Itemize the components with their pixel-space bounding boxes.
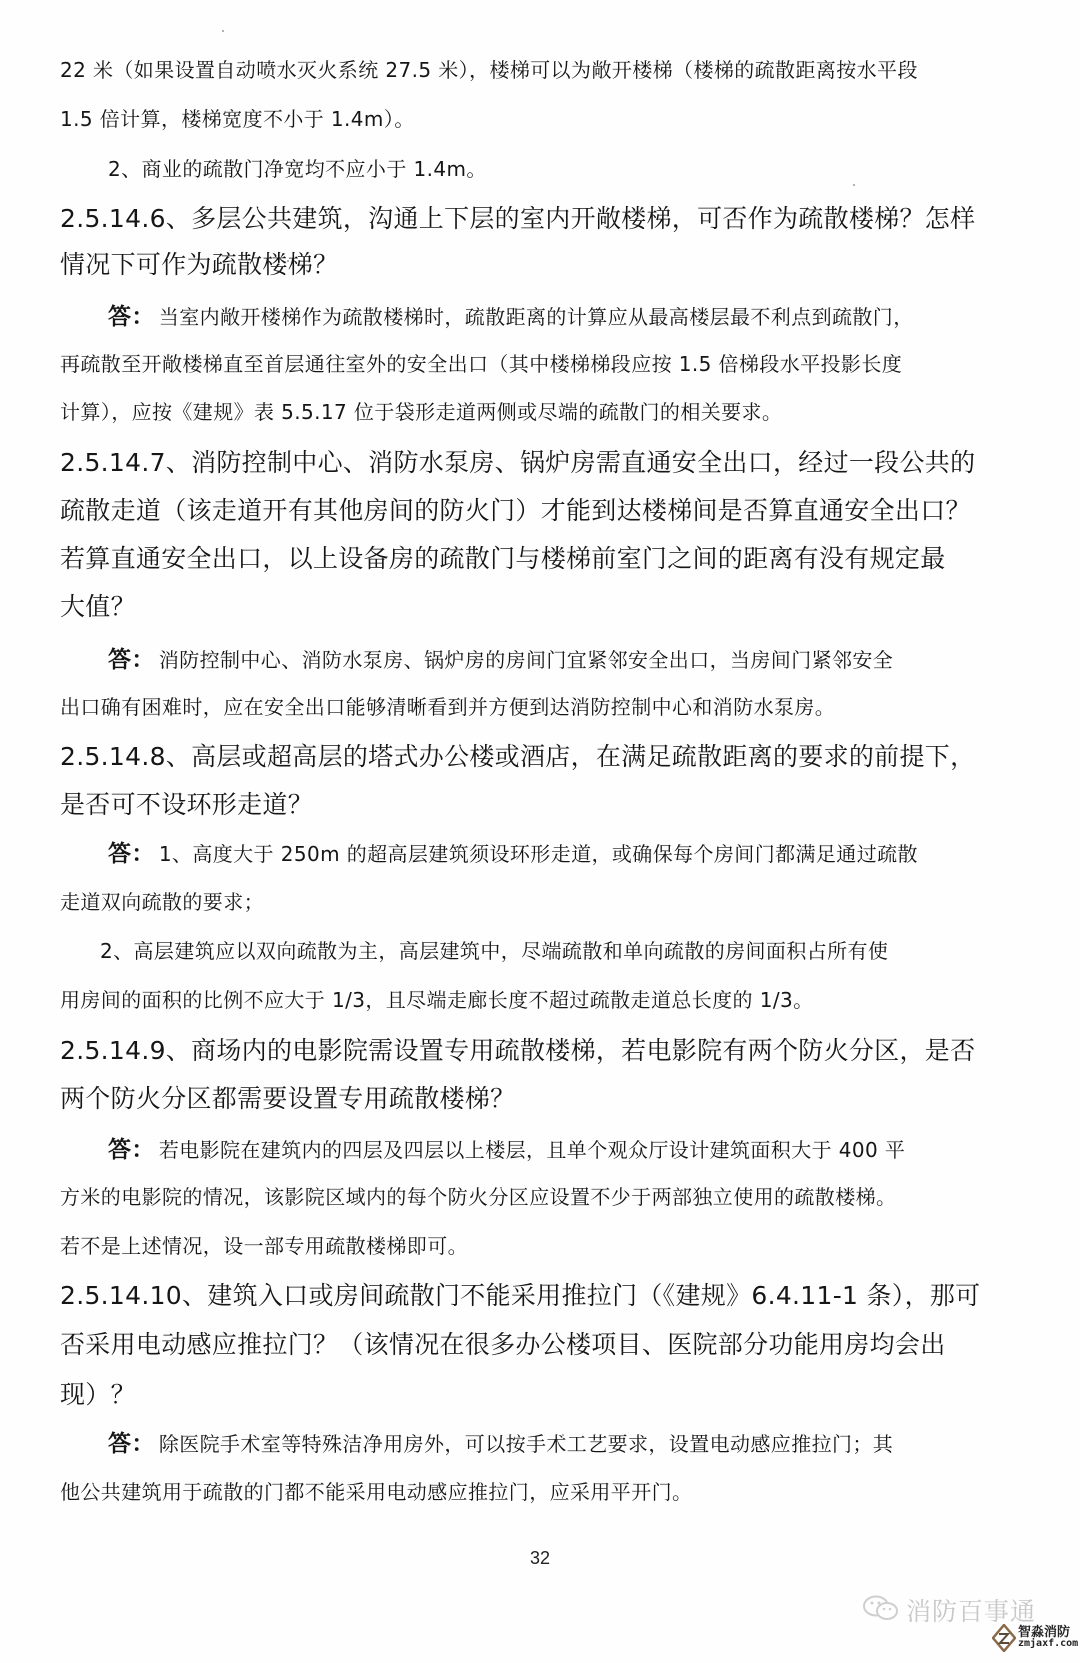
question-line: 大值？ <box>60 587 136 623</box>
line-text: 疏散走道（该走道开有其他房间的防火门）才能到达楼梯间是否算直通安全出口？ <box>60 496 971 525</box>
text-line: 2、高层建筑应以双向疏散为主，高层建筑中，尽端疏散和单向疏散的房间面积占所有使 <box>100 935 888 964</box>
question-line: 是否可不设环形走道？ <box>60 785 313 821</box>
line-text: 除医院手术室等特殊洁净用房外，可以按手术工艺要求，设置电动感应推拉门；其 <box>159 1432 893 1456</box>
line-text: 2.5.14.9、商场内的电影院需设置专用疏散楼梯，若电影院有两个防火分区，是否 <box>60 1036 975 1065</box>
question-line: 否采用电动感应推拉门？（该情况在很多办公楼项目、医院部分功能用房均会出 <box>60 1325 946 1361</box>
text-line: 出口确有困难时，应在安全出口能够清晰看到并方便到达消防控制中心和消防水泵房。 <box>60 691 835 720</box>
answer-label: 答： <box>108 1431 155 1457</box>
document-page: 22 米（如果设置自动喷水灭火系统 27.5 米），楼梯可以为敞开楼梯（楼梯的疏… <box>0 0 1080 1663</box>
scan-speck <box>287 260 289 262</box>
line-text: 若电影院在建筑内的四层及四层以上楼层，且单个观众厅设计建筑面积大于 400 平 <box>159 1138 906 1162</box>
line-text: 22 米（如果设置自动喷水灭火系统 27.5 米），楼梯可以为敞开楼梯（楼梯的疏… <box>60 58 918 82</box>
line-text: 否采用电动感应推拉门？（该情况在很多办公楼项目、医院部分功能用房均会出 <box>60 1330 946 1359</box>
answer-line: 答：当室内敞开楼梯作为疏散楼梯时，疏散距离的计算应从最高楼层最不利点到疏散门， <box>108 298 914 331</box>
question-line: 2.5.14.9、商场内的电影院需设置专用疏散楼梯，若电影院有两个防火分区，是否 <box>60 1031 975 1067</box>
line-text: 2、商业的疏散门净宽均不应小于 1.4m。 <box>108 157 487 181</box>
line-text: 用房间的面积的比例不应大于 1/3，且尽端走廊长度不超过疏散走道总长度的 1/3… <box>60 988 814 1012</box>
answer-label: 答： <box>108 304 155 330</box>
text-line: 方米的电影院的情况，该影院区域内的每个防火分区应设置不少于两部独立使用的疏散楼梯… <box>60 1181 896 1210</box>
answer-line: 答：1、高度大于 250m 的超高层建筑须设环形走道，或确保每个房间门都满足通过… <box>108 835 918 868</box>
line-text: 出口确有困难时，应在安全出口能够清晰看到并方便到达消防控制中心和消防水泵房。 <box>60 695 835 719</box>
text-line: 2、商业的疏散门净宽均不应小于 1.4m。 <box>108 153 487 182</box>
answer-label: 答： <box>108 1137 155 1163</box>
page-number: 32 <box>0 1548 1080 1569</box>
scan-speck <box>562 1434 564 1436</box>
line-text: 2.5.14.8、高层或超高层的塔式办公楼或酒店，在满足疏散距离的要求的前提下， <box>60 742 975 771</box>
answer-line: 答：消防控制中心、消防水泵房、锅炉房的房间门宜紧邻安全出口，当房间门紧邻安全 <box>108 641 893 674</box>
question-line: 2.5.14.8、高层或超高层的塔式办公楼或酒店，在满足疏散距离的要求的前提下， <box>60 737 975 773</box>
line-text: 2.5.14.7、消防控制中心、消防水泵房、锅炉房需直通安全出口，经过一段公共的 <box>60 448 975 477</box>
question-line: 2.5.14.7、消防控制中心、消防水泵房、锅炉房需直通安全出口，经过一段公共的 <box>60 443 975 479</box>
line-text: 走道双向疏散的要求； <box>60 890 264 914</box>
line-text: 2.5.14.10、建筑入口或房间疏散门不能采用推拉门（《建规》6.4.11-1… <box>60 1281 980 1310</box>
question-line: 情况下可作为疏散楼梯？ <box>60 245 338 281</box>
text-line: 22 米（如果设置自动喷水灭火系统 27.5 米），楼梯可以为敞开楼梯（楼梯的疏… <box>60 54 918 83</box>
text-line: 若不是上述情况，设一部专用疏散楼梯即可。 <box>60 1230 468 1259</box>
question-line: 现）？ <box>60 1375 136 1411</box>
watermark-account-name: 消防百事通 <box>906 1592 1036 1628</box>
question-line: 2.5.14.10、建筑入口或房间疏散门不能采用推拉门（《建规》6.4.11-1… <box>60 1276 980 1312</box>
line-text: 再疏散至开敞楼梯直至首层通往室外的安全出口（其中楼梯梯段应按 1.5 倍梯段水平… <box>60 352 902 376</box>
text-line: 走道双向疏散的要求； <box>60 886 264 915</box>
text-line: 计算），应按《建规》表 5.5.17 位于袋形走道两侧或尽端的疏散门的相关要求。 <box>60 396 782 425</box>
line-text: 计算），应按《建规》表 5.5.17 位于袋形走道两侧或尽端的疏散门的相关要求。 <box>60 400 782 424</box>
question-line: 2.5.14.6、多层公共建筑，沟通上下层的室内开敞楼梯，可否作为疏散楼梯？怎样 <box>60 199 975 235</box>
answer-label: 答： <box>108 647 155 673</box>
line-text: 他公共建筑用于疏散的门都不能采用电动感应推拉门，应采用平开门。 <box>60 1480 692 1504</box>
answer-line: 答：除医院手术室等特殊洁净用房外，可以按手术工艺要求，设置电动感应推拉门；其 <box>108 1425 893 1458</box>
answer-line: 答：若电影院在建筑内的四层及四层以上楼层，且单个观众厅设计建筑面积大于 400 … <box>108 1131 905 1164</box>
question-line: 疏散走道（该走道开有其他房间的防火门）才能到达楼梯间是否算直通安全出口？ <box>60 491 971 527</box>
text-line: 用房间的面积的比例不应大于 1/3，且尽端走廊长度不超过疏散走道总长度的 1/3… <box>60 984 814 1013</box>
text-line: 1.5 倍计算，楼梯宽度不小于 1.4m）。 <box>60 103 415 132</box>
line-text: 情况下可作为疏散楼梯？ <box>60 250 338 279</box>
line-text: 2.5.14.6、多层公共建筑，沟通上下层的室内开敞楼梯，可否作为疏散楼梯？怎样 <box>60 204 975 233</box>
answer-label: 答： <box>108 841 155 867</box>
line-text: 是否可不设环形走道？ <box>60 790 313 819</box>
text-line: 他公共建筑用于疏散的门都不能采用电动感应推拉门，应采用平开门。 <box>60 1476 692 1505</box>
question-line: 若算直通安全出口，以上设备房的疏散门与楼梯前室门之间的距离有没有规定最 <box>60 539 946 575</box>
wechat-icon <box>862 1594 902 1622</box>
line-text: 两个防火分区都需要设置专用疏散楼梯？ <box>60 1084 515 1113</box>
scan-speck <box>853 184 855 186</box>
line-text: 1.5 倍计算，楼梯宽度不小于 1.4m）。 <box>60 107 415 131</box>
line-text: 1、高度大于 250m 的超高层建筑须设环形走道，或确保每个房间门都满足通过疏散 <box>159 842 918 866</box>
line-text: 若不是上述情况，设一部专用疏散楼梯即可。 <box>60 1234 468 1258</box>
line-text: 当室内敞开楼梯作为疏散楼梯时，疏散距离的计算应从最高楼层最不利点到疏散门， <box>159 305 914 329</box>
line-text: 2、高层建筑应以双向疏散为主，高层建筑中，尽端疏散和单向疏散的房间面积占所有使 <box>100 939 888 963</box>
watermark-brand-url: zmjaxf.com <box>1018 1638 1078 1649</box>
line-text: 方米的电影院的情况，该影院区域内的每个防火分区应设置不少于两部独立使用的疏散楼梯… <box>60 1185 896 1209</box>
zm-diamond-logo-icon <box>992 1624 1016 1652</box>
scan-speck <box>222 30 224 32</box>
line-text: 现）？ <box>60 1380 136 1409</box>
line-text: 大值？ <box>60 592 136 621</box>
line-text: 消防控制中心、消防水泵房、锅炉房的房间门宜紧邻安全出口，当房间门紧邻安全 <box>159 648 893 672</box>
watermark: 消防百事通 智淼消防 zmjaxf.com <box>862 1594 1077 1654</box>
line-text: 若算直通安全出口，以上设备房的疏散门与楼梯前室门之间的距离有没有规定最 <box>60 544 946 573</box>
question-line: 两个防火分区都需要设置专用疏散楼梯？ <box>60 1079 515 1115</box>
text-line: 再疏散至开敞楼梯直至首层通往室外的安全出口（其中楼梯梯段应按 1.5 倍梯段水平… <box>60 348 902 377</box>
